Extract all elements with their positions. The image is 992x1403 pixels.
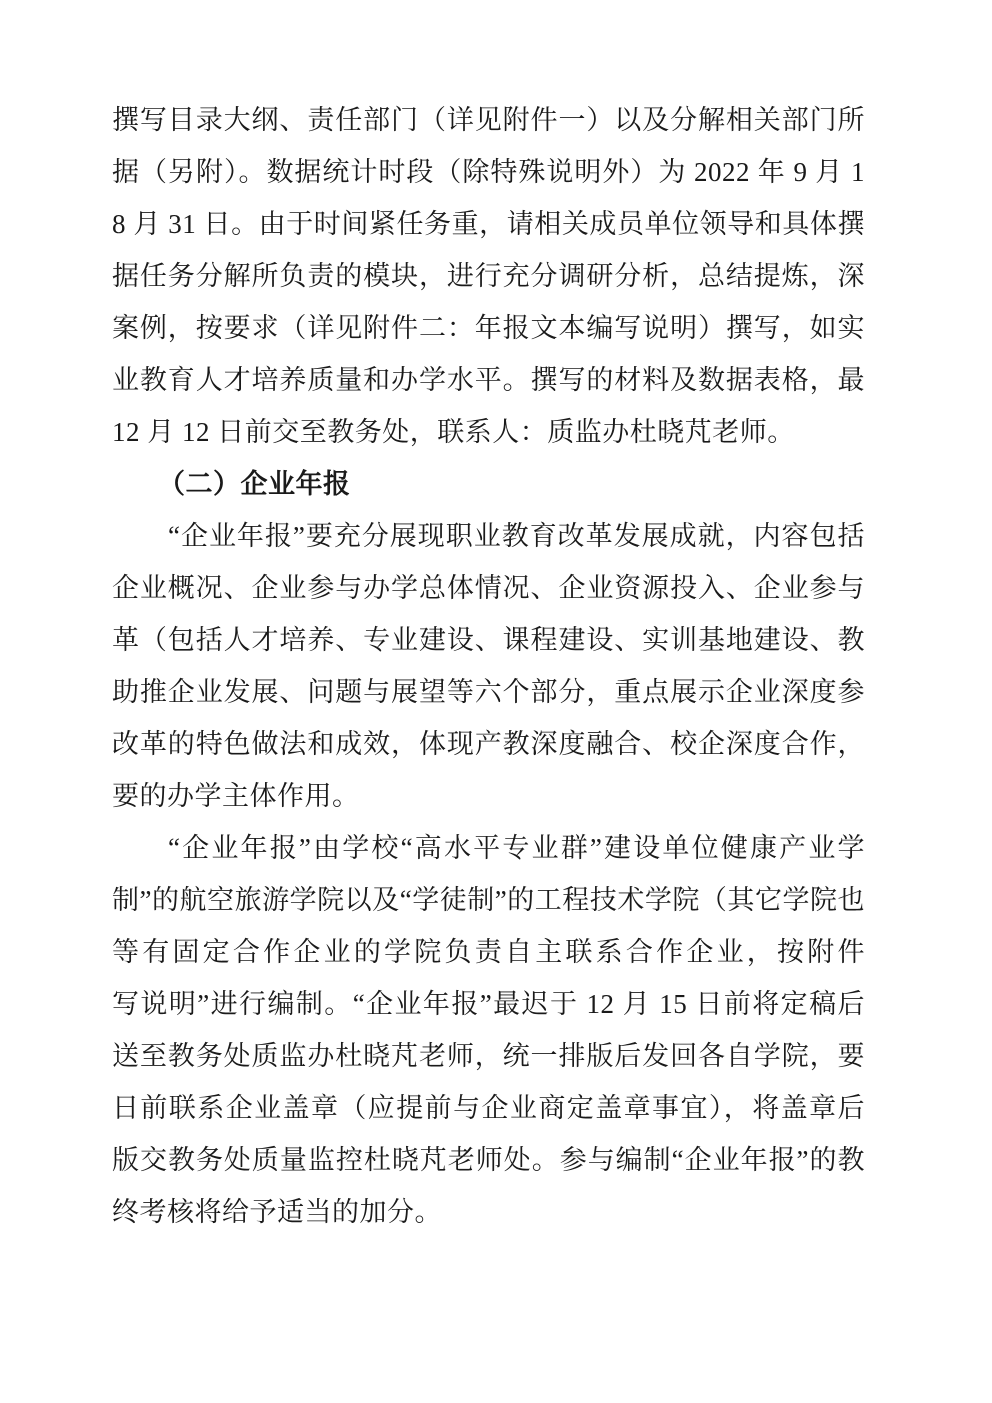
doc-line-21: 版交教务处质量监控杜晓芃老师处。参与编制“企业年报”的教学单位年 [112, 1134, 865, 1186]
doc-line-16: 制”的航空旅游学院以及“学徒制”的工程技术学院（其它学院也可参与） [112, 874, 865, 926]
doc-line-20: 日前联系企业盖章（应提前与企业商定盖章事宜），将盖章后的纸制和电子 [112, 1082, 865, 1134]
doc-line-13: 改革的特色做法和成效，体现产教深度融合、校企深度合作，反映企业重 [112, 718, 865, 770]
doc-line-03: 8 月 31 日。由于时间紧任务重，请相关成员单位领导和具体撰写负责人根 [112, 198, 865, 250]
doc-line-02: 据（另附）。数据统计时段（除特殊说明外）为 2022 年 9 月 1 日至 20… [112, 146, 865, 198]
doc-line-06: 业教育人才培养质量和办学水平。撰写的材料及数据表格，最迟于 2023 年 [112, 354, 865, 406]
doc-line-12: 助推企业发展、问题与展望等六个部分，重点展示企业深度参与职业教育 [112, 666, 865, 718]
doc-line-15-paragraph-start: “企业年报”由学校“高水平专业群”建设单位健康产业学院、“二元 [112, 822, 865, 874]
doc-line-14-paragraph-end: 要的办学主体作用。 [112, 770, 865, 822]
doc-line-11: 革（包括人才培养、专业建设、课程建设、实训基地建设、教材建设等）、 [112, 614, 865, 666]
doc-line-07-paragraph-end: 12 月 12 日前交至教务处，联系人：质监办杜晓芃老师。 [112, 406, 865, 458]
doc-line-09-paragraph-start: “企业年报”要充分展现职业教育改革发展成就，内容包括但不限于 [112, 510, 865, 562]
section-heading-enterprise-annual-report: （二）企业年报 [112, 458, 865, 510]
document-page: 撰写目录大纲、责任部门（详见附件一）以及分解相关部门所需填报的数 据（另附）。数… [0, 0, 992, 1403]
doc-line-19: 送至教务处质监办杜晓芃老师，统一排版后发回各自学院，要求于 12 月 27 [112, 1030, 865, 1082]
doc-line-10: 企业概况、企业参与办学总体情况、企业资源投入、企业参与教育教学改 [112, 562, 865, 614]
doc-line-22-paragraph-end: 终考核将给予适当的加分。 [112, 1186, 865, 1238]
document-text-block: 撰写目录大纲、责任部门（详见附件一）以及分解相关部门所需填报的数 据（另附）。数… [112, 94, 865, 1238]
doc-line-18: 写说明”进行编制。“企业年报”最迟于 12 月 15 日前将定稿后的电子版发 [112, 978, 865, 1030]
doc-line-01: 撰写目录大纲、责任部门（详见附件一）以及分解相关部门所需填报的数 [112, 94, 865, 146]
doc-line-05: 案例，按要求（详见附件二：年报文本编写说明）撰写，如实反映本校职 [112, 302, 865, 354]
doc-line-04: 据任务分解所负责的模块，进行充分调研分析，总结提炼，深度挖掘相关 [112, 250, 865, 302]
doc-line-17: 等有固定合作企业的学院负责自主联系合作企业，按附件二“年报文本编 [112, 926, 865, 978]
